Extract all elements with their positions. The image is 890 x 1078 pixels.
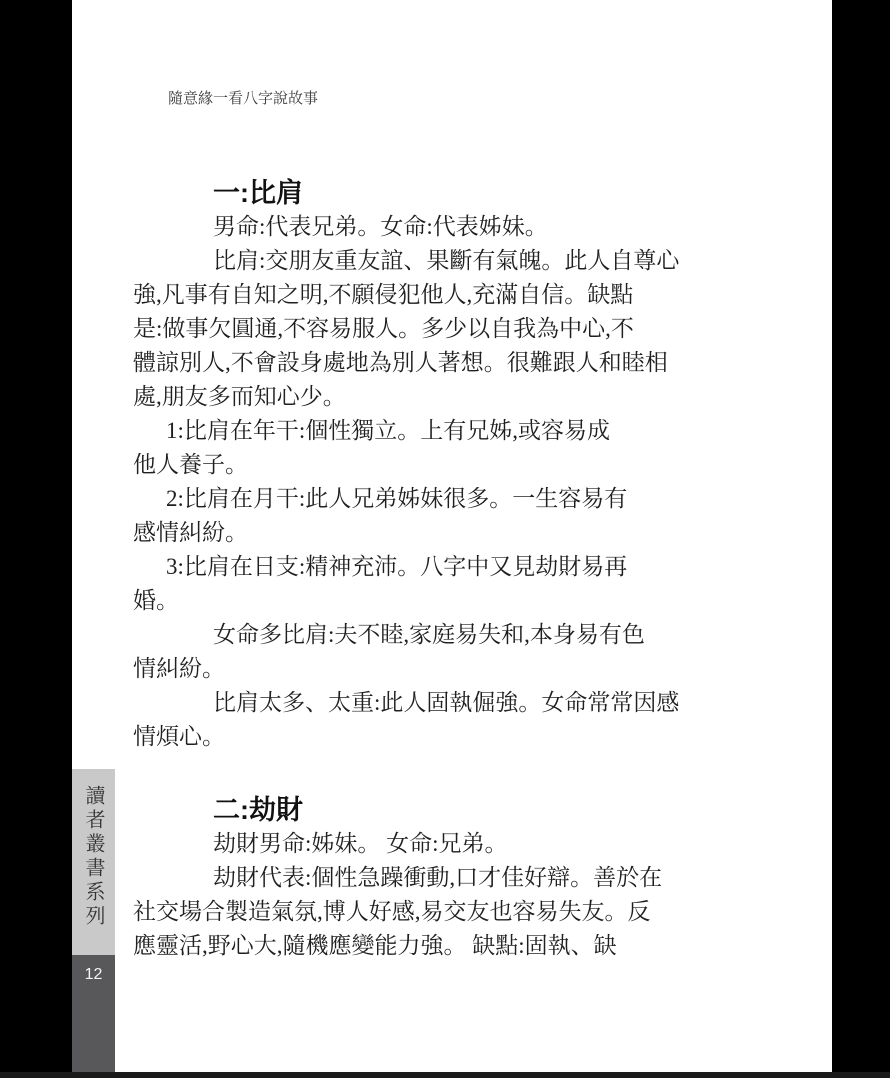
spine-series-label: 讀者叢書系列 [79, 785, 108, 929]
text-line: 是:做事欠圓通,不容易服人。多少以自我為中心,不 [133, 312, 733, 346]
text-line: 情煩心。 [133, 720, 733, 754]
text-line: 強,凡事有自知之明,不願侵犯他人,充滿自信。缺點 [133, 278, 733, 312]
section: 二:劫財劫財男命:姊妹。 女命:兄弟。劫財代表:個性急躁衝動,口才佳好辯。善於在… [133, 793, 733, 963]
text-line: 處,朋友多而知心少。 [133, 380, 733, 414]
text-line: 婚。 [133, 584, 733, 618]
text-line: 1:比肩在年干:個性獨立。上有兄姊,或容易成 [133, 414, 733, 448]
text-line: 比肩:交朋友重友誼、果斷有氣魄。此人自尊心 [133, 244, 733, 278]
section-heading: 一:比肩 [133, 176, 733, 210]
text-line: 劫財代表:個性急躁衝動,口才佳好辯。善於在 [133, 861, 733, 895]
text-line: 比肩太多、太重:此人固執倔強。女命常常因感 [133, 686, 733, 720]
text-line: 2:比肩在月干:此人兄弟姊妹很多。一生容易有 [133, 482, 733, 516]
text-line: 情糾紛。 [133, 652, 733, 686]
section-heading: 二:劫財 [133, 793, 733, 827]
text-line: 感情糾紛。 [133, 516, 733, 550]
text-line: 體諒別人,不會設身處地為別人著想。很難跟人和睦相 [133, 346, 733, 380]
text-line: 男命:代表兄弟。女命:代表姊妹。 [133, 210, 733, 244]
page: 隨意緣一看八字說故事 一:比肩男命:代表兄弟。女命:代表姊妹。比肩:交朋友重友誼… [72, 0, 832, 1072]
text-line: 劫財男命:姊妹。 女命:兄弟。 [133, 827, 733, 861]
bottom-border [0, 1072, 890, 1078]
book-page-scan: 隨意緣一看八字說故事 一:比肩男命:代表兄弟。女命:代表姊妹。比肩:交朋友重友誼… [0, 0, 890, 1078]
text-area: 一:比肩男命:代表兄弟。女命:代表姊妹。比肩:交朋友重友誼、果斷有氣魄。此人自尊… [133, 0, 733, 1072]
page-number-box: 12 [72, 955, 115, 1072]
text-line: 社交場合製造氣氛,博人好感,易交友也容易失友。反 [133, 895, 733, 929]
text-line: 3:比肩在日支:精神充沛。八字中又見劫財易再 [133, 550, 733, 584]
text-line: 女命多比肩:夫不睦,家庭易失和,本身易有色 [133, 618, 733, 652]
text-line: 應靈活,野心大,隨機應變能力強。 缺點:固執、缺 [133, 929, 733, 963]
text-line: 他人養子。 [133, 448, 733, 482]
spine-series-box: 讀者叢書系列 [72, 769, 115, 955]
page-number: 12 [72, 955, 115, 984]
section: 一:比肩男命:代表兄弟。女命:代表姊妹。比肩:交朋友重友誼、果斷有氣魄。此人自尊… [133, 176, 733, 754]
